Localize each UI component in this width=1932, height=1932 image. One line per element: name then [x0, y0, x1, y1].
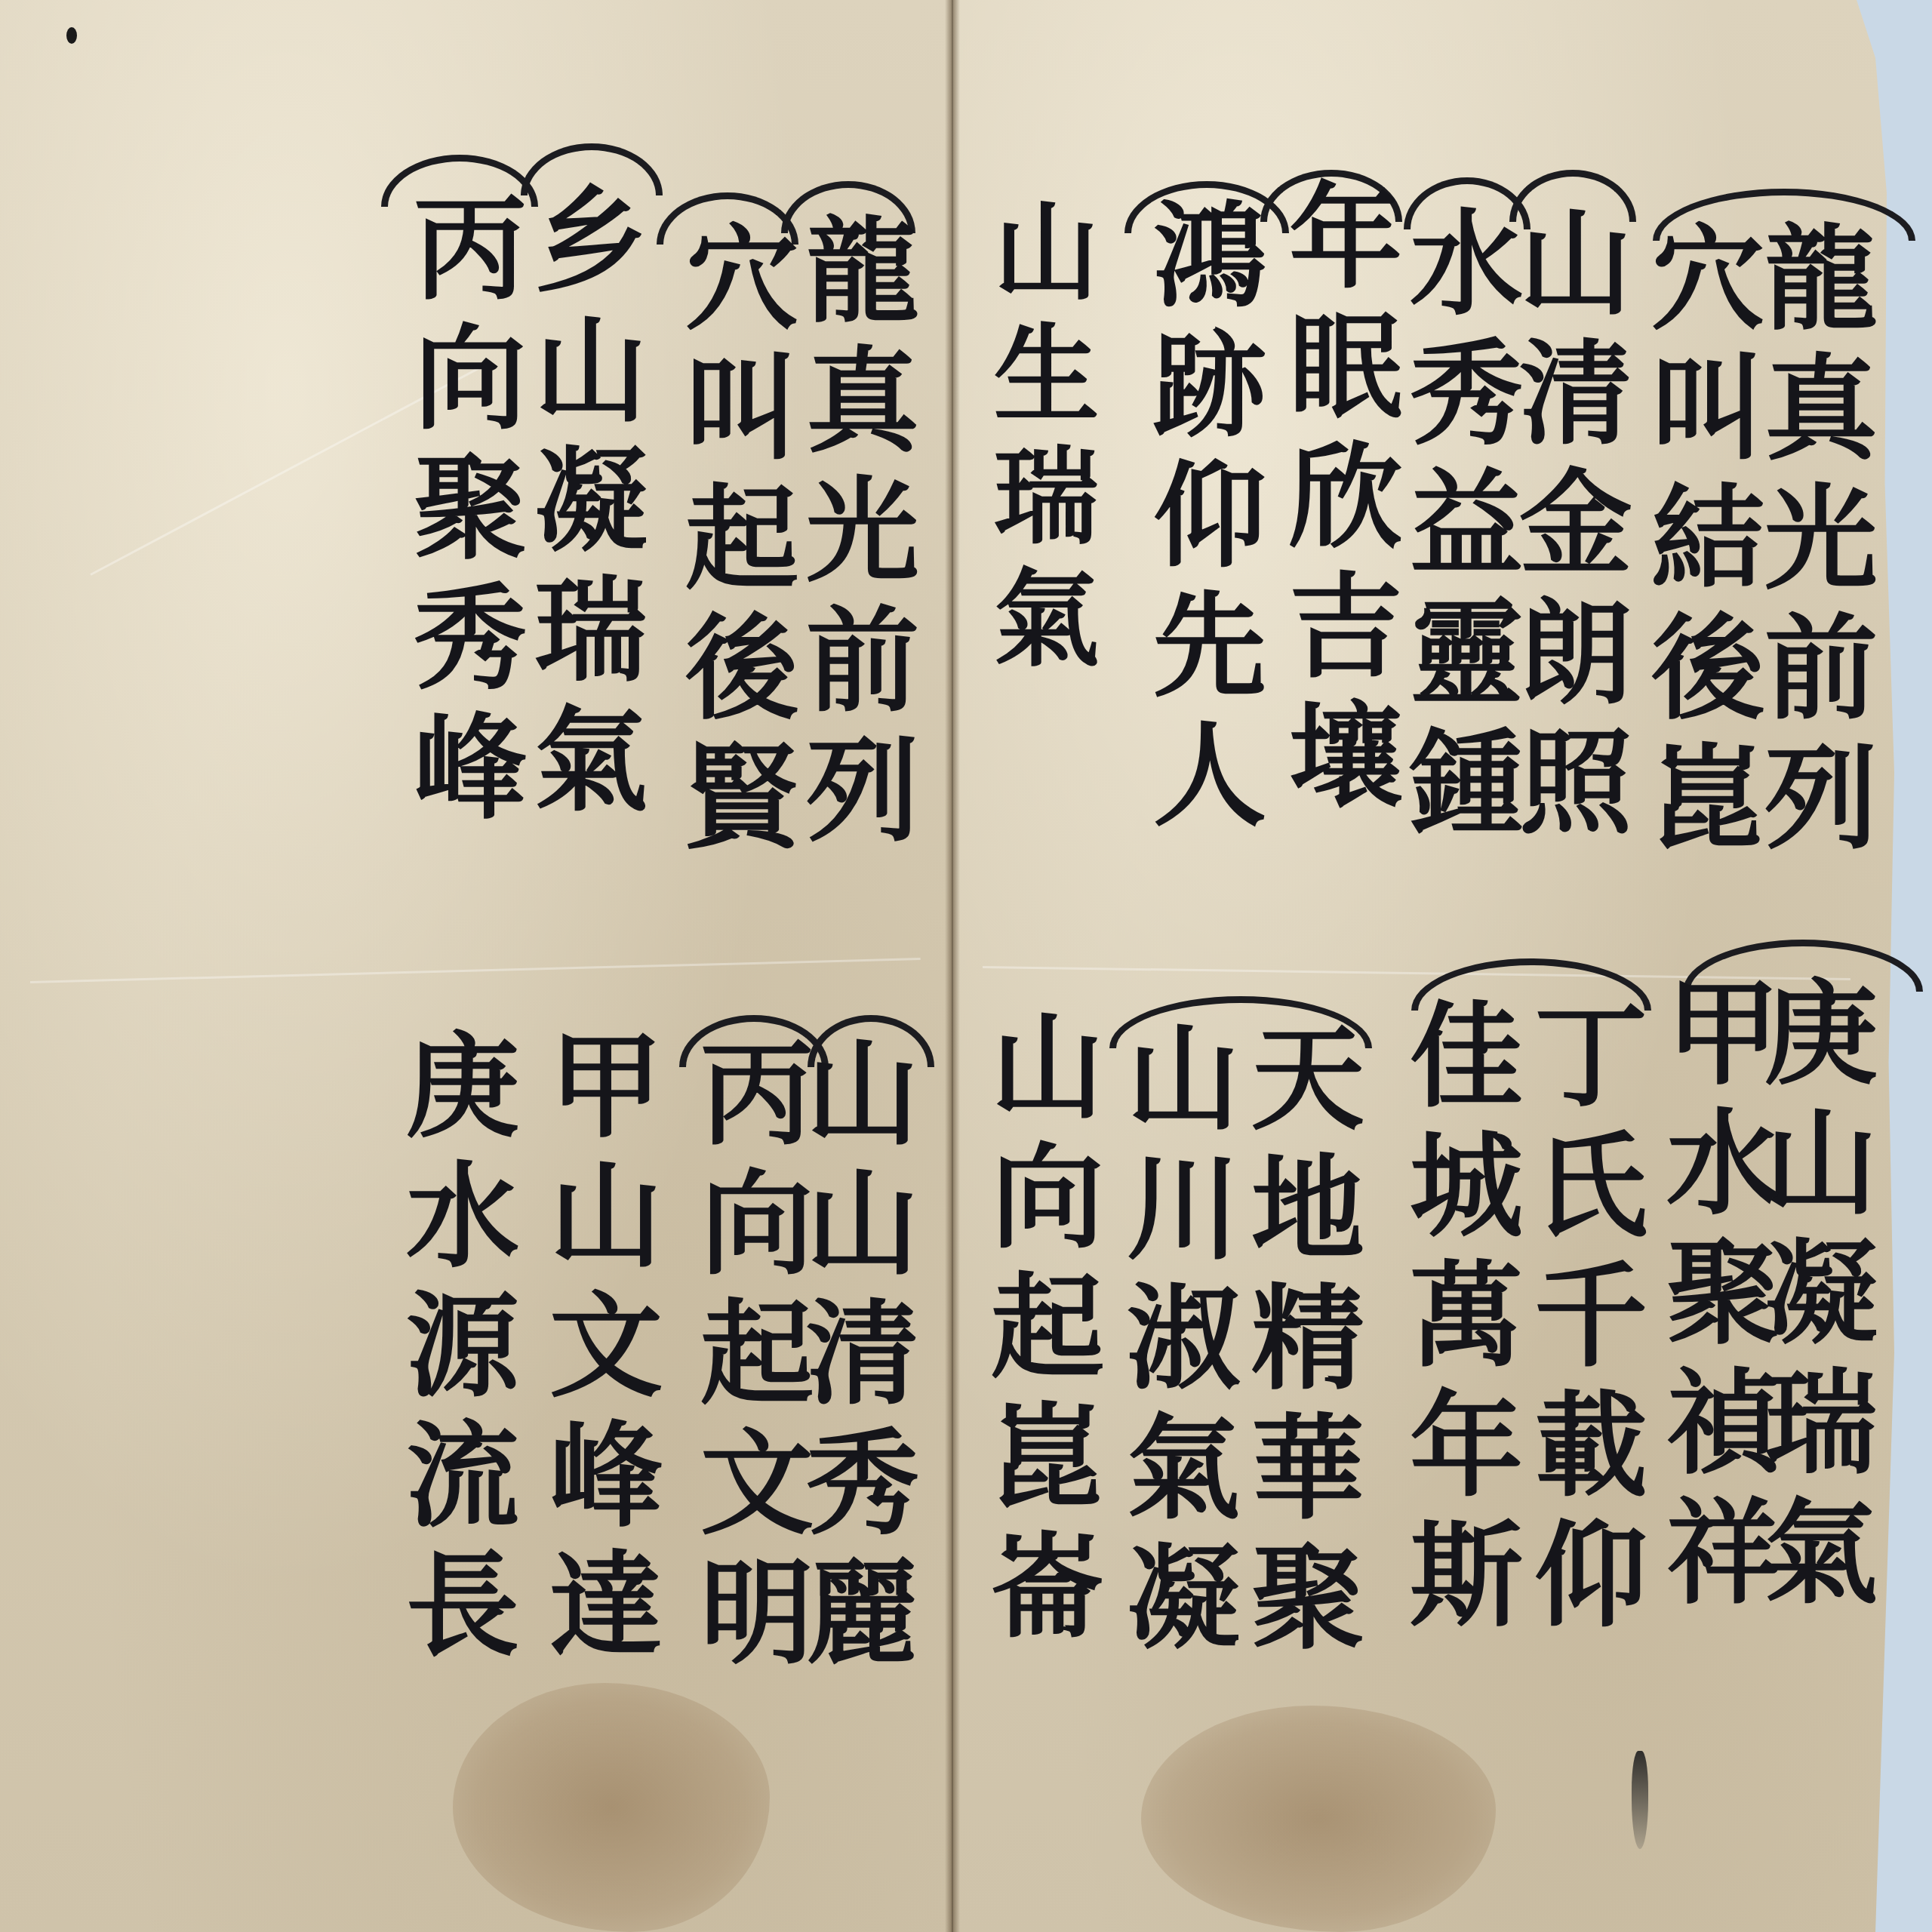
verse-column: 丙向起文明	[691, 1034, 804, 1683]
verse-column: 山向起崑崙	[981, 1008, 1094, 1657]
verse-column: 庚水源流長	[396, 1026, 509, 1675]
verse-column: 年眠欣吉壤	[1279, 177, 1392, 826]
verse-column: 甲水聚禎祥	[1657, 974, 1770, 1623]
verse-column: 龍真光前列	[796, 211, 909, 860]
water-stain	[1141, 1706, 1496, 1932]
verse-column: 山川淑氣凝	[1117, 1019, 1230, 1668]
binding-hole	[66, 27, 77, 44]
verse-column: 山生瑞氣	[985, 196, 1091, 685]
verse-column: 水秀益靈鍾	[1400, 204, 1513, 853]
verse-column: 甲山文峰達	[540, 1026, 653, 1675]
verse-column: 穴叫起後賢	[675, 219, 789, 868]
water-stain	[453, 1683, 770, 1932]
verse-column: 穴叫結後崑	[1641, 219, 1755, 868]
verse-column: 天地精華聚	[1241, 1019, 1355, 1668]
verse-column: 佳城萬年斯	[1400, 996, 1513, 1645]
verse-column: 丁氏千載仰	[1524, 996, 1638, 1645]
paper-crease	[30, 958, 921, 983]
book-spine	[945, 0, 960, 1932]
ink-drip	[1632, 1751, 1648, 1849]
verse-column: 龍真光前列	[1755, 219, 1868, 868]
verse-column: 鴻跡仰先人	[1143, 196, 1257, 845]
manuscript-spread: 龍真光前列 穴叫結後崑 山清金朗照 水秀益靈鍾 年眠欣吉壤 鴻跡仰先人 山生瑞氣…	[0, 0, 1932, 1932]
verse-column: 乡山凝瑞氣	[525, 181, 638, 830]
verse-column: 山清金朗照	[1509, 204, 1623, 853]
verse-column: 丙向聚秀峰	[404, 189, 517, 838]
